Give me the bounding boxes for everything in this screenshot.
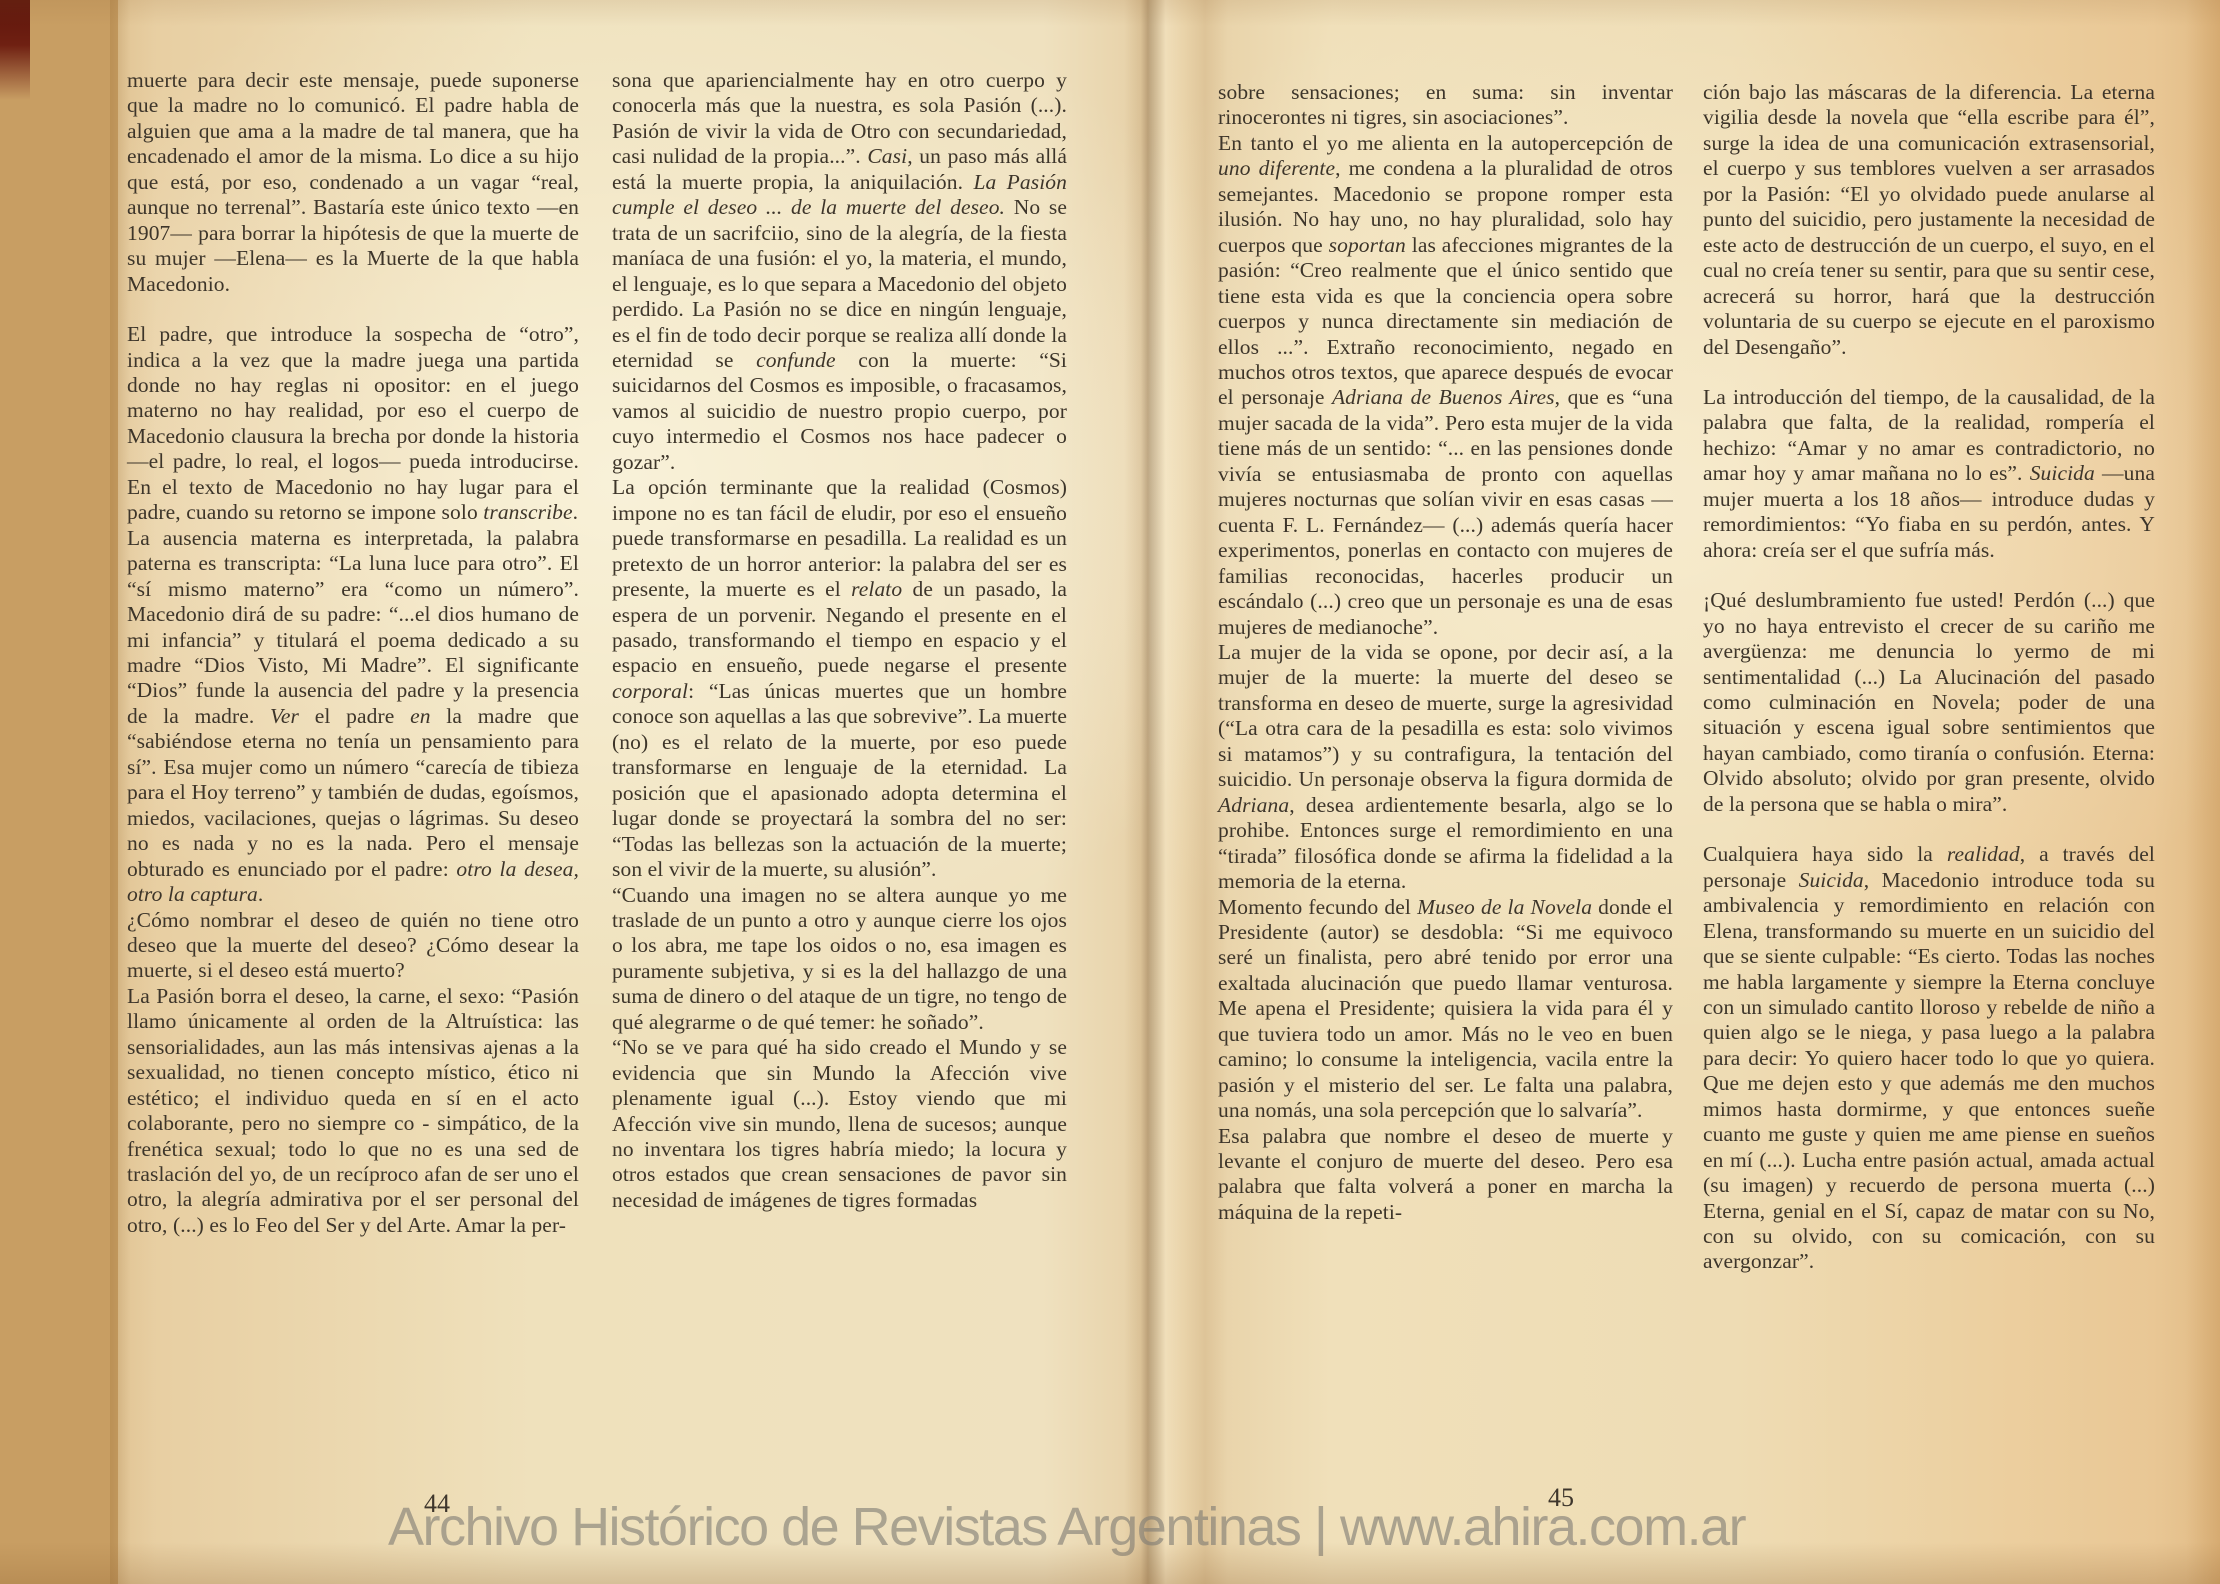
italic-text: otro la desea, otro la captura: [127, 857, 579, 906]
italic-text: Adriana: [1218, 793, 1289, 817]
paragraph: ¿Cómo nombrar el deseo de quién no tiene…: [127, 908, 579, 984]
paragraph: La introducción del tiempo, de la causal…: [1703, 385, 2155, 563]
italic-text: relato: [851, 577, 902, 601]
italic-text: transcribe: [483, 500, 572, 524]
page-gutter: [1124, 0, 1228, 1584]
paragraph: Momento fecundo del Museo de la Novela d…: [1218, 895, 1673, 1124]
paragraph: Esa palabra que nombre el deseo de muert…: [1218, 1124, 1673, 1226]
italic-text: corporal: [612, 679, 688, 703]
italic-text: Casi: [867, 144, 907, 168]
italic-text: Adriana de Buenos Aires: [1332, 385, 1555, 409]
italic-text: Ver: [270, 704, 299, 728]
italic-text: Museo de la Novela: [1417, 895, 1592, 919]
text-column-4: ción bajo las máscaras de la diferencia.…: [1703, 80, 2155, 1275]
paragraph: sona que apariencialmente hay en otro cu…: [612, 68, 1067, 475]
paragraph: ción bajo las máscaras de la diferencia.…: [1703, 80, 2155, 360]
book-scan: muerte para decir este mensaje, puede su…: [0, 0, 2220, 1584]
italic-text: realidad: [1947, 842, 2020, 866]
italic-text: Suicida: [1799, 868, 1864, 892]
italic-text: confunde: [756, 348, 836, 372]
paragraph: La ausencia materna es interpretada, la …: [127, 526, 579, 908]
italic-text: soportan: [1329, 233, 1406, 257]
italic-text: La Pasión cumple el deseo ... de la muer…: [612, 170, 1067, 219]
paragraph: En tanto el yo me alienta en la autoperc…: [1218, 131, 1673, 640]
text-column-2: sona que apariencialmente hay en otro cu…: [612, 68, 1067, 1213]
paragraph: “Cuando una imagen no se altera aunque y…: [612, 883, 1067, 1036]
text-column-3: sobre sensaciones; en suma: sin inventar…: [1218, 80, 1673, 1225]
paragraph: La Pasión borra el deseo, la carne, el s…: [127, 984, 579, 1239]
paragraph: La opción terminante que la realidad (Co…: [612, 475, 1067, 882]
right-edge-shadow: [2186, 0, 2220, 1584]
paragraph: “No se ve para qué ha sido creado el Mun…: [612, 1035, 1067, 1213]
italic-text: en: [410, 704, 431, 728]
bottom-shadow: [0, 1542, 2220, 1584]
paragraph: La mujer de la vida se opone, por decir …: [1218, 640, 1673, 895]
text-column-1: muerte para decir este mensaje, puede su…: [127, 68, 579, 1238]
paragraph: muerte para decir este mensaje, puede su…: [127, 68, 579, 297]
paragraph: sobre sensaciones; en suma: sin inventar…: [1218, 80, 1673, 131]
book-page-edges: [0, 0, 118, 1584]
italic-text: uno diferente: [1218, 156, 1335, 180]
paragraph: El padre, que introduce la sospecha de “…: [127, 322, 579, 526]
paragraph: Cualquiera haya sido la realidad, a trav…: [1703, 842, 2155, 1275]
paragraph: ¡Qué deslumbramiento fue usted! Perdón (…: [1703, 588, 2155, 817]
italic-text: Suicida: [2030, 461, 2095, 485]
top-shadow: [0, 0, 2220, 26]
